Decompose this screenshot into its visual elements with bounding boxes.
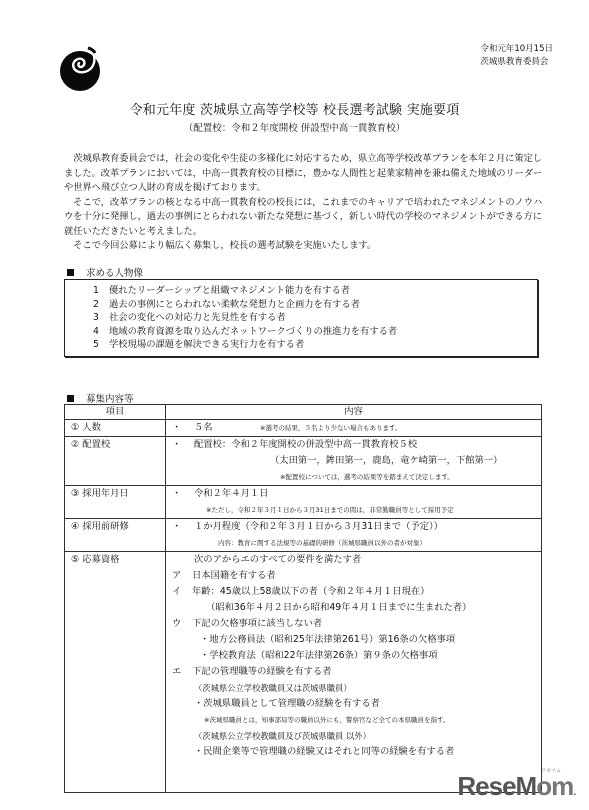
row-label-text: ④ 採用前研修 — [71, 519, 165, 535]
item-mark: ア — [166, 568, 192, 584]
table-row: ⑤ 応募資格 次のアからエのすべての要件を満たす者 ア日本国籍を有する者 イ年齢… — [65, 552, 542, 793]
list-item: 1優れたリーダーシップと組織マネジメント能力を有する者 — [93, 284, 537, 298]
group-label: （茨城県公立学校教職員又は茨城県職員） — [166, 680, 541, 696]
intro-paragraph: 茨城県教育委員会では，社会の変化や生徒の多様化に対応するため，県立高等学校改革プ… — [64, 152, 548, 196]
row-label-text: ⑤ 応募資格 — [71, 552, 165, 568]
resemom-watermark-logo: ReseMom. リセマム — [457, 771, 575, 802]
item-text: 日本国籍を有する者 — [192, 570, 276, 581]
item-mark: エ — [166, 664, 192, 680]
content-sub: （太田第一，鉾田第一，鹿島，竜ケ崎第一，下館第一） — [166, 453, 541, 469]
watermark-suffix: . — [573, 787, 575, 798]
disqualification-item: ・地方公務員法（昭和25年法律第261号）第16条の欠格事項 — [166, 632, 541, 648]
content-line: ・１か月程度（令和２年３月１日から３月31日まで（予定）） — [166, 519, 541, 535]
row-label-text: ① 人数 — [71, 420, 165, 436]
group-note: ※茨城県職員とは，知事部局等の職員以外にも，警察官など全ての本県職員を指す。 — [166, 712, 541, 728]
recruitment-table: 項目 内容 ① 人数 ・５名※選考の結果，５名より少ない場合もあります。 ② 配… — [64, 404, 542, 793]
content-line: ・令和２年４月１日 — [166, 486, 541, 502]
list-item: 5学校現場の課題を解決できる実行力を有する者 — [93, 338, 537, 352]
recruitment-heading: 募集内容等 — [67, 391, 134, 405]
item-text: 過去の事例にとらわれない柔軟な発想力と企画力を有する者 — [109, 299, 360, 310]
content-main: 令和２年４月１日 — [194, 488, 268, 499]
group-item: ・茨城県職員として管理職の経験を有する者 — [166, 696, 541, 712]
row-content: ・１か月程度（令和２年３月１日から３月31日まで（予定）） 内容：教育に関する法… — [166, 519, 542, 552]
content-main: 配置校：令和２年度開校の併設型中高一貫教育校５校 — [194, 439, 417, 450]
table-row: ③ 採用年月日 ・令和２年４月１日 ※ただし，令和２年３月１日から３月31日まで… — [65, 486, 542, 519]
document-title: 令和元年度 茨城県立高等学校等 校長選考試験 実施要項 — [0, 99, 589, 118]
eligibility-i: イ年齢：45歳以上58歳以下の者（令和２年４月１日現在） — [166, 584, 541, 600]
prefecture-emblem-icon — [58, 44, 102, 92]
content-note: ※選考の結果，５名より少ない場合もあります。 — [260, 424, 401, 432]
traits-heading: 求める人物像 — [67, 265, 143, 279]
item-text: 地域の教育資源を取り込んだネットワークづくりの推進力を有する者 — [109, 326, 397, 337]
watermark-ruby: リセマム — [541, 767, 561, 774]
disqualification-item: ・学校教育法（昭和22年法律第26条）第９条の欠格事項 — [166, 648, 541, 664]
table-header-row: 項目 内容 — [65, 405, 542, 420]
row-label: ⑤ 応募資格 — [65, 552, 166, 793]
eligibility-u: ウ下記の欠格事項に該当しない者 — [166, 616, 541, 632]
content-line: ・５名※選考の結果，５名より少ない場合もあります。 — [166, 420, 541, 436]
row-content: ・令和２年４月１日 ※ただし，令和２年３月１日から３月31日までの間は，非常勤職… — [166, 486, 542, 519]
content-note: ※ただし，令和２年３月１日から３月31日までの間は，非常勤職員等として採用予定 — [166, 502, 541, 518]
bullet-dot: ・ — [166, 519, 194, 535]
row-content: ・配置校：令和２年度開校の併設型中高一貫教育校５校 （太田第一，鉾田第一，鹿島，… — [166, 437, 542, 486]
column-header-item: 項目 — [65, 405, 166, 420]
eligibility-a: ア日本国籍を有する者 — [166, 568, 541, 584]
row-label-text: ③ 採用年月日 — [71, 486, 165, 502]
item-sub: （昭和36年４月２日から昭和49年４月１日までに生まれた者） — [166, 600, 541, 616]
item-number: 1 — [93, 284, 109, 298]
table-row: ② 配置校 ・配置校：令和２年度開校の併設型中高一貫教育校５校 （太田第一，鉾田… — [65, 437, 542, 486]
bullet-dot: ・ — [166, 437, 194, 453]
row-content: ・５名※選考の結果，５名より少ない場合もあります。 — [166, 420, 542, 437]
intro-paragraph: そこで今回公募により幅広く募集し，校長の選考試験を実施いたします。 — [64, 239, 548, 254]
eligibility-e: エ下記の管理職等の経験を有する者 — [166, 664, 541, 680]
group-label: （茨城県公立学校教職員及び茨城県職員 以外） — [166, 728, 541, 744]
header-meta: 令和元年10月15日 茨城県教育委員会 — [480, 43, 553, 69]
watermark-text: om — [536, 771, 573, 801]
content-main: ５名 — [194, 420, 260, 436]
eligibility-lead: 次のアからエのすべての要件を満たす者 — [166, 552, 541, 568]
issuer: 茨城県教育委員会 — [480, 56, 553, 69]
traits-box: 1優れたリーダーシップと組織マネジメント能力を有する者 2過去の事例にとらわれな… — [64, 279, 538, 357]
intro-text: 茨城県教育委員会では，社会の変化や生徒の多様化に対応するため，県立高等学校改革プ… — [64, 152, 548, 254]
content-line: ・配置校：令和２年度開校の併設型中高一貫教育校５校 — [166, 437, 541, 453]
content-main: １か月程度（令和２年３月１日から３月31日まで（予定）） — [194, 521, 443, 532]
row-label: ① 人数 — [65, 420, 166, 437]
item-text: 年齢：45歳以上58歳以下の者（令和２年４月１日現在） — [192, 586, 430, 597]
item-number: 2 — [93, 298, 109, 312]
square-bullet-icon — [67, 269, 74, 276]
content-note: ※配置校については，選考の結果等を踏まえて決定します。 — [166, 469, 541, 485]
item-number: 5 — [93, 338, 109, 352]
row-label: ④ 採用前研修 — [65, 519, 166, 552]
item-number: 3 — [93, 311, 109, 325]
item-text: 社会の変化への対応力と先見性を有する者 — [109, 312, 286, 323]
item-text: 優れたリーダーシップと組織マネジメント能力を有する者 — [109, 285, 350, 296]
table-row: ① 人数 ・５名※選考の結果，５名より少ない場合もあります。 — [65, 420, 542, 437]
watermark-text: ReseM — [457, 771, 536, 801]
bullet-dot: ・ — [166, 420, 194, 436]
row-content: 次のアからエのすべての要件を満たす者 ア日本国籍を有する者 イ年齢：45歳以上5… — [166, 552, 542, 793]
item-mark: イ — [166, 584, 192, 600]
intro-paragraph: そこで，改革プランの核となる中高一貫教育校の校長には，これまでのキャリアで培われ… — [64, 196, 548, 240]
content-note: 内容：教育に関する法規等の基礎的研修（茨城県職員以外の者が対象） — [166, 535, 541, 551]
issue-date: 令和元年10月15日 — [480, 43, 553, 56]
list-item: 2過去の事例にとらわれない柔軟な発想力と企画力を有する者 — [93, 298, 537, 312]
item-text: 下記の欠格事項に該当しない者 — [192, 618, 322, 629]
item-number: 4 — [93, 325, 109, 339]
square-bullet-icon — [67, 395, 74, 402]
traits-list: 1優れたリーダーシップと組織マネジメント能力を有する者 2過去の事例にとらわれな… — [65, 280, 537, 352]
item-text: 学校現場の課題を解決できる実行力を有する者 — [109, 339, 304, 350]
list-item: 4地域の教育資源を取り込んだネットワークづくりの推進力を有する者 — [93, 325, 537, 339]
document-subtitle: （配置校：令和２年度開校 併設型中高一貫教育校） — [0, 120, 589, 134]
list-item: 3社会の変化への対応力と先見性を有する者 — [93, 311, 537, 325]
table-row: ④ 採用前研修 ・１か月程度（令和２年３月１日から３月31日まで（予定）） 内容… — [65, 519, 542, 552]
item-mark: ウ — [166, 616, 192, 632]
row-label: ② 配置校 — [65, 437, 166, 486]
row-label: ③ 採用年月日 — [65, 486, 166, 519]
bullet-dot: ・ — [166, 486, 194, 502]
group-item: ・民間企業等で管理職の経験又はそれと同等の経験を有する者 — [166, 744, 541, 760]
item-text: 下記の管理職等の経験を有する者 — [192, 666, 331, 677]
column-header-content: 内容 — [166, 405, 542, 420]
traits-heading-label: 求める人物像 — [86, 268, 143, 279]
row-label-text: ② 配置校 — [71, 437, 165, 453]
